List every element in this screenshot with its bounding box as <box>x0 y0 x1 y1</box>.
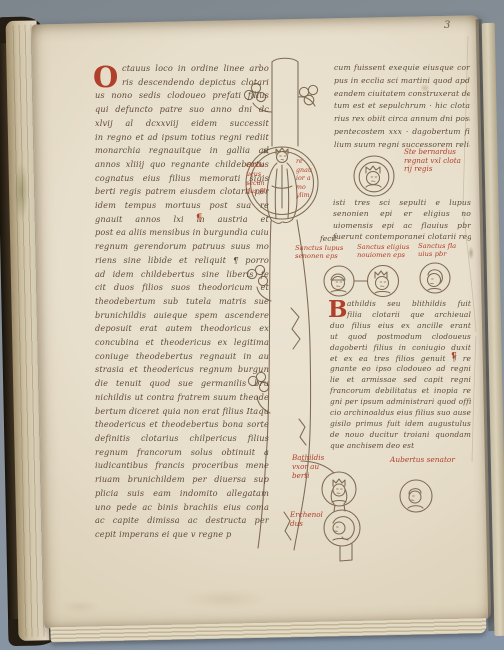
text-line: et ex ea tres filios genuit ¶ re <box>330 354 471 365</box>
text-line: mo <box>296 184 317 193</box>
text-line: Erchenol <box>290 511 332 520</box>
text-line: que anchisem deo est <box>330 441 471 452</box>
text-line: nichildis ut contra fratrem suum theode <box>95 391 269 405</box>
text-line: dus fil <box>246 188 269 197</box>
text-line: in regno et ad ipsum totius regni rediit <box>95 131 269 145</box>
text-line: Ste bernardus <box>404 148 468 157</box>
text-line: cum fuissent exequie eiusque cor <box>334 62 470 75</box>
text-line: coniuge theodebertus regnauit in au <box>95 350 269 364</box>
text-line: regnum francorum solus obtinuit a <box>95 446 269 460</box>
text-line: pus in ecclia sci martini quod apd <box>334 75 470 88</box>
text-line: Sanctus lupus <box>295 245 345 253</box>
text-line: us nono sedis clodoueo prefati filius <box>95 89 269 103</box>
saint-eligius-caption: Sanctus eligiusnouiomen eps <box>357 244 409 259</box>
text-line: francorum debilitatus et inopia re <box>330 386 471 397</box>
text-line: gni per ipsum administrari quod offi <box>330 397 471 408</box>
folio-number: 3 <box>444 20 450 31</box>
bathildis-caption: Bathildisvxor auberti <box>292 454 340 480</box>
text-line: definitis clotarius chilpericus filius <box>95 432 269 446</box>
text-line: de nouo ducitur troiani quondam <box>330 430 471 441</box>
text-line: gnau <box>296 167 317 176</box>
text-line: fuerunt contemporanei clotarii regis <box>333 231 471 242</box>
saint-flavius-caption: Sanctus flauius pbr <box>418 243 468 258</box>
aubertus-caption: Aubertus senator <box>390 455 470 464</box>
bernardus-caption: Ste bernardusregnat vxl clotarij regis <box>404 148 468 174</box>
text-line: Sanctus fla <box>418 243 468 251</box>
text-line: ylim <box>296 192 317 201</box>
text-line: berti regis patrem eiusdem clotarii per <box>95 185 269 199</box>
text-line: strasia et theodericus regnum burgun <box>95 363 269 377</box>
text-line: ut quod postmodum clodoueus <box>330 332 471 343</box>
text-line: filia clotarii que archieual <box>330 310 471 321</box>
saint-lupus-caption: Sanctus lupussenonen eps <box>295 245 345 260</box>
text-line: senonen eps <box>295 253 345 261</box>
text-line: pentecostem xxx · dagobertum fi <box>334 126 470 139</box>
text-line: plicia suis eam indomito allegatam <box>95 487 269 501</box>
text-line: brunichildis auieque spem ascendere <box>95 309 269 323</box>
right-paragraph-2: isti tres sci sepulti e lupussenonien ep… <box>333 197 471 242</box>
text-line: concubina et theodericus ex legitima <box>95 336 269 350</box>
text-line: regnum gerendorum patruus suus mo <box>95 240 269 254</box>
text-line: lie et armissae sed capit regni <box>330 375 471 386</box>
text-line: ueus <box>246 171 269 180</box>
text-line: cognatus eius filius memorati sigis <box>95 172 269 186</box>
text-line: eandem ciuitatem construxerat dela <box>334 88 470 101</box>
paragraph2-last-word: fecit <box>320 234 337 243</box>
text-line: uius pbr <box>418 251 468 259</box>
text-line: uno pede ac binis brachiis eius coma <box>95 501 269 515</box>
text-line: idem tempus mortuus post sua re <box>95 199 269 213</box>
text-line: tum est et sepulchrum · hic clota <box>334 100 470 113</box>
text-line: die tenuit quod sue germanilis bru <box>95 377 269 391</box>
text-line: theodericus et theodebertus bona sorte <box>95 418 269 432</box>
page-content: 3 O ctauus loco in ordine linee arboris … <box>0 0 504 650</box>
text-line: gnauit annos lxi in austria et <box>95 213 269 227</box>
text-line: bertum diceret quia non erat filius Itaq… <box>95 405 269 419</box>
text-line: monarchia regnauitque in gallia ad <box>95 144 269 158</box>
text-line: cit duos filios suos theodoricum et <box>95 281 269 295</box>
text-line: rij regis <box>404 165 468 174</box>
text-line: nouiomen eps <box>357 252 409 260</box>
text-line: dagoberti filius in coniugio duxit <box>330 343 471 354</box>
text-line: ior a <box>296 175 317 184</box>
erchenoldus-caption: Erchenoldus <box>290 511 332 529</box>
text-line: riuam brunichildem per diuersa sup <box>95 473 269 487</box>
left-text-column: ctauus loco in ordine linee arboris desc… <box>95 62 269 542</box>
text-line: deposuit erat autem theodoricus ex <box>95 322 269 336</box>
text-line: ac capite dimissa ac destructa per <box>95 514 269 528</box>
text-line: secun <box>246 180 269 189</box>
text-line: ad idem childebertus sine liberis fe <box>95 268 269 282</box>
text-line: cepit imperans ei que v regne p <box>95 528 269 542</box>
text-line: annos xliiij quo regnante childebertus <box>95 158 269 172</box>
manuscript-photo: 3 O ctauus loco in ordine linee arboris … <box>0 0 504 650</box>
text-line: post ea aliis mensibus in burgundia cuiu… <box>95 226 269 240</box>
king-medallion-left-label: Clodoueussecundus fil <box>246 162 269 197</box>
right-paragraph-1: cum fuissent exequie eiusque corpus in e… <box>334 62 470 152</box>
text-line: Sanctus eligius <box>357 244 409 252</box>
text-line: cio archinoaldus eius filius suo ause <box>330 408 471 419</box>
text-line: qui defuncto patre suo anno dni dc <box>95 103 269 117</box>
text-line: berti <box>292 472 340 481</box>
text-line: vxor au <box>292 463 340 472</box>
text-line: duo filius eius ex ancille erant <box>330 321 471 332</box>
text-line: isti tres sci sepulti e lupus <box>333 197 471 208</box>
text-line: Clodo <box>246 162 269 171</box>
right-paragraph-3: athildis seu blithildis fuitfilia clotar… <box>330 299 471 452</box>
text-line: re <box>296 158 317 167</box>
text-line: gnante eo ipso clodoueo ad regni <box>330 364 471 375</box>
text-line: regnat vxl clota <box>404 157 468 166</box>
text-line: dus <box>290 520 332 529</box>
paraph-mark: ¶ <box>451 352 457 362</box>
text-line: theodebertum sub tutela matris sue <box>95 295 269 309</box>
text-line: uiomensis epi ac flauius pbr <box>333 220 471 231</box>
text-line: Bathildis <box>292 454 340 463</box>
text-line: senonien epi er eligius no <box>333 208 471 219</box>
text-line: riens sine libide et reliquit ¶ porro <box>95 254 269 268</box>
text-line: gisilo primus fuit idem augustulus <box>330 419 471 430</box>
text-line: rius rex obiit circa annum dni post <box>334 113 470 126</box>
text-line: ris descendendo depictus clotari <box>95 76 269 90</box>
text-line: xlvij al dcxxviij eidem successit <box>95 117 269 131</box>
text-line: iudicantibus francis proceribus mene <box>95 459 269 473</box>
king-medallion-right-label: regnauior amoylim <box>296 158 317 201</box>
paraph-mark: ¶ <box>196 213 202 224</box>
text-line: athildis seu blithildis fuit <box>330 299 471 310</box>
text-line: ctauus loco in ordine linee arbo <box>95 62 269 76</box>
